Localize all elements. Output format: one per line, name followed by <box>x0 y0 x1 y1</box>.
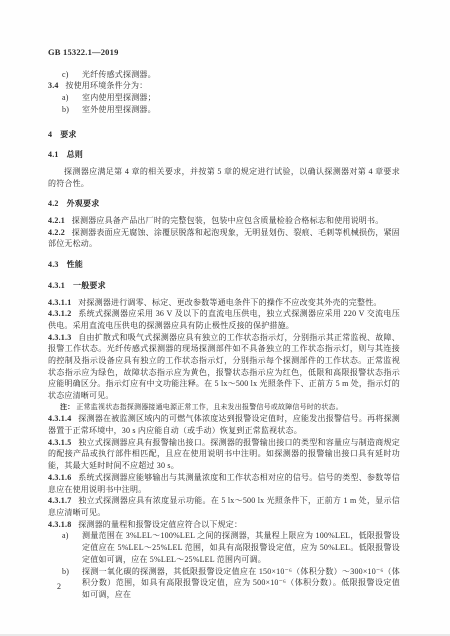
clause-4-3-1-2: 4.3.1.2系统式探测器应采用 36 V 及以下的直流电压供电，独立式探测器应… <box>48 308 400 331</box>
clause-text: 探测器在被监测区域内的可燃气体浓度达到报警设定值时，应能发出报警信号。再将探测器… <box>48 414 400 435</box>
clause-3-4: 3.4按使用环境条件分为： <box>48 80 400 92</box>
clause-text: 探测器的量程和报警设定值应符合以下规定： <box>78 520 242 529</box>
clause-text: 独立式探测器应具有报警输出接口。探测器的报警输出接口的类型和容量应与制造商规定的… <box>48 438 400 470</box>
clause-number: 4.3.1.8 <box>48 520 71 529</box>
clause-4-2-1: 4.2.1探测器应具备产品出厂时的完整包装，包装中应包含质量检验合格标志和使用说… <box>48 215 400 227</box>
clause-4-3-1-5: 4.3.1.5独立式探测器应具有报警输出接口。探测器的报警输出接口的类型和容量应… <box>48 437 400 472</box>
note: 注： 正常监视状态指探测器接通电源正常工作，且未发出报警信号或故障信号时的状态。 <box>60 402 400 414</box>
list-item-label: b) <box>62 566 82 601</box>
list-item-b: b) 室外使用型探测器。 <box>62 104 400 116</box>
page-number: 2 <box>57 582 61 591</box>
clause-number: 3.4 <box>48 81 59 90</box>
clause-text: 探测器应具备产品出厂时的完整包装，包装中应包含质量检验合格标志和使用说明书。 <box>72 216 384 225</box>
list-item-text: 光纤传感式探测器。 <box>82 69 400 81</box>
clause-text: 按使用环境条件分为： <box>65 81 147 90</box>
heading-4-2: 4.2外观要求 <box>48 198 400 210</box>
list-item-text: 室外使用型探测器。 <box>82 104 400 116</box>
list-item-b2: b) 探测一氧化碳的探测器，其低限报警设定值应在 150×10⁻⁶（体积分数）～… <box>62 566 400 601</box>
list-item-text: 测量范围在 3%LEL～100%LEL 之间的探测器，其量程上限应为 100%L… <box>82 530 400 565</box>
paragraph-4-1: 探测器应满足第 4 章的相关要求，并按第 5 章的规定进行试验，以确认探测器对第… <box>48 166 400 189</box>
clause-4-3-1-4: 4.3.1.4探测器在被监测区域内的可燃气体浓度达到报警设定值时，应能发出报警信… <box>48 413 400 436</box>
heading-text: 要求 <box>60 130 76 139</box>
clause-text: 探测器表面应无腐蚀、涂覆层脱落和起泡现象，无明显划伤、裂痕、毛刺等机械损伤，紧固… <box>48 228 400 249</box>
clause-4-3-1-7: 4.3.1.7独立式探测器应具有浓度显示功能。在 5 lx～500 lx 光照条… <box>48 495 400 518</box>
list-item-label: c) <box>62 69 82 81</box>
list-item-a: a) 室内使用型探测器； <box>62 92 400 104</box>
clause-number: 4.3.1.7 <box>48 496 71 505</box>
list-item-label: a) <box>62 530 82 565</box>
heading-4-1: 4.1总则 <box>48 149 400 161</box>
page-content: GB 15322.1—2019 c) 光纤传感式探测器。 3.4按使用环境条件分… <box>48 47 400 601</box>
heading-4-3: 4.3性能 <box>48 259 400 271</box>
note-label: 注： <box>60 402 74 414</box>
heading-text: 性能 <box>67 260 83 269</box>
list-item-text: 室内使用型探测器； <box>82 92 400 104</box>
clause-4-3-1-8: 4.3.1.8探测器的量程和报警设定值应符合以下规定： <box>48 519 400 531</box>
heading-number: 4.1 <box>48 150 59 159</box>
heading-number: 4.2 <box>48 199 59 208</box>
clause-text: 独立式探测器应具有浓度显示功能。在 5 lx～500 lx 光照条件下，正前方 … <box>48 496 400 517</box>
heading-text: 一般要求 <box>73 281 106 290</box>
clause-text: 对探测器进行调零、标定、更改参数等通电条件下的操作不应改变其外壳的完整性。 <box>78 298 381 307</box>
clause-4-2-2: 4.2.2探测器表面应无腐蚀、涂覆层脱落和起泡现象，无明显划伤、裂痕、毛刺等机械… <box>48 227 400 250</box>
heading-number: 4.3 <box>48 260 59 269</box>
clause-4-3-1-6: 4.3.1.6系统式探测器应能够输出与其测量浓度和工作状态相对应的信号。信号的类… <box>48 472 400 495</box>
note-text: 正常监视状态指探测器接通电源正常工作，且未发出报警信号或故障信号时的状态。 <box>76 402 342 414</box>
clause-text: 系统式探测器应能够输出与其测量浓度和工作状态相对应的信号。信号的类型、参数等信息… <box>48 473 400 494</box>
clause-text: 自由扩散式和吸气式探测器应具有独立的工作状态指示灯，分别指示其正常监视、故障、报… <box>48 333 400 401</box>
clause-number: 4.2.1 <box>48 216 65 225</box>
heading-text: 外观要求 <box>67 199 100 208</box>
heading-number: 4 <box>48 130 52 139</box>
heading-chapter-4: 4要求 <box>48 129 400 141</box>
running-header: GB 15322.1—2019 <box>48 47 400 59</box>
clause-text: 系统式探测器应采用 36 V 及以下的直流电压供电，独立式探测器应采用 220 … <box>48 309 400 330</box>
clause-4-3-1-3: 4.3.1.3自由扩散式和吸气式探测器应具有独立的工作状态指示灯，分别指示其正常… <box>48 332 400 402</box>
clause-number: 4.3.1.6 <box>48 473 71 482</box>
clause-4-3-1-1: 4.3.1.1对探测器进行调零、标定、更改参数等通电条件下的操作不应改变其外壳的… <box>48 297 400 309</box>
list-item-a2: a) 测量范围在 3%LEL～100%LEL 之间的探测器，其量程上限应为 10… <box>62 530 400 565</box>
list-item-text: 探测一氧化碳的探测器，其低限报警设定值应在 150×10⁻⁶（体积分数）～300… <box>82 566 400 601</box>
document-page: GB 15322.1—2019 c) 光纤传感式探测器。 3.4按使用环境条件分… <box>0 0 450 636</box>
clause-number: 4.3.1.2 <box>48 309 71 318</box>
heading-number: 4.3.1 <box>48 281 65 290</box>
clause-number: 4.3.1.3 <box>48 333 71 342</box>
clause-number: 4.3.1.4 <box>48 414 71 423</box>
clause-number: 4.3.1.1 <box>48 298 71 307</box>
heading-4-3-1: 4.3.1一般要求 <box>48 280 400 292</box>
clause-number: 4.3.1.5 <box>48 438 71 447</box>
heading-text: 总则 <box>67 150 83 159</box>
list-item-label: a) <box>62 92 82 104</box>
list-item-c: c) 光纤传感式探测器。 <box>62 69 400 81</box>
list-item-label: b) <box>62 104 82 116</box>
clause-number: 4.2.2 <box>48 228 65 237</box>
